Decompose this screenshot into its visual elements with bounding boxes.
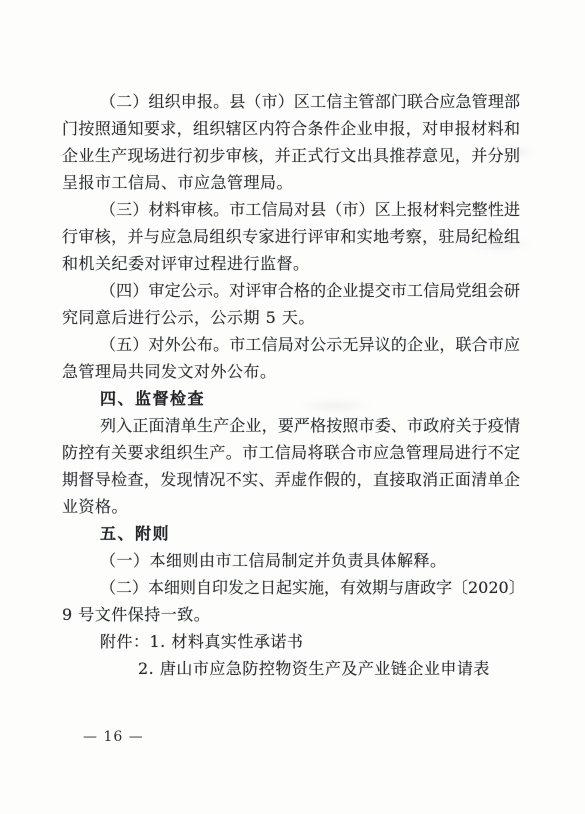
text-line: 究同意后进行公示，公示期 5 天。 [62, 304, 520, 331]
text-line: 业资格。 [62, 493, 520, 520]
text-line: 9 号文件保持一致。 [62, 601, 520, 628]
section-heading: 四、监督检查 [62, 385, 520, 412]
text-line: 2. 唐山市应急防控物资生产及产业链企业申请表 [62, 655, 520, 682]
text-line: （三）材料审核。市工信局对县（市）区上报材料完整性进 [62, 196, 520, 223]
text-line: （四）审定公示。对评审合格的企业提交市工信局党组会研 [62, 277, 520, 304]
page-number: — 16 — [83, 729, 144, 745]
text-line: 呈报市工信局、市应急管理局。 [62, 169, 520, 196]
text-line: （二）本细则自印发之日起实施，有效期与唐政字〔2020〕 [62, 574, 520, 601]
document-body: （二）组织申报。县（市）区工信主管部门联合应急管理部门按照通知要求，组织辖区内符… [62, 88, 520, 682]
text-line: 行审核，并与应急局组织专家进行评审和实地考察，驻局纪检组 [62, 223, 520, 250]
section-heading: 五、附则 [62, 520, 520, 547]
text-line: 企业生产现场进行初步审核，并正式行文出具推荐意见，并分别 [62, 142, 520, 169]
text-line: 期督导检查，发现情况不实、弄虚作假的，直接取消正面清单企 [62, 466, 520, 493]
text-line: 附件：1. 材料真实性承诺书 [62, 628, 520, 655]
document-page: （二）组织申报。县（市）区工信主管部门联合应急管理部门按照通知要求，组织辖区内符… [0, 0, 585, 814]
text-line: （五）对外公布。市工信局对公示无异议的企业，联合市应 [62, 331, 520, 358]
text-line: 急管理局共同发文对外公布。 [62, 358, 520, 385]
text-line: （一）本细则由市工信局制定并负责具体解释。 [62, 547, 520, 574]
text-line: 防控有关要求组织生产。市工信局将联合市应急管理局进行不定 [62, 439, 520, 466]
text-line: 门按照通知要求，组织辖区内符合条件企业申报，对申报材料和 [62, 115, 520, 142]
text-line: 和机关纪委对评审过程进行监督。 [62, 250, 520, 277]
text-line: （二）组织申报。县（市）区工信主管部门联合应急管理部 [62, 88, 520, 115]
text-line: 列入正面清单生产企业，要严格按照市委、市政府关于疫情 [62, 412, 520, 439]
